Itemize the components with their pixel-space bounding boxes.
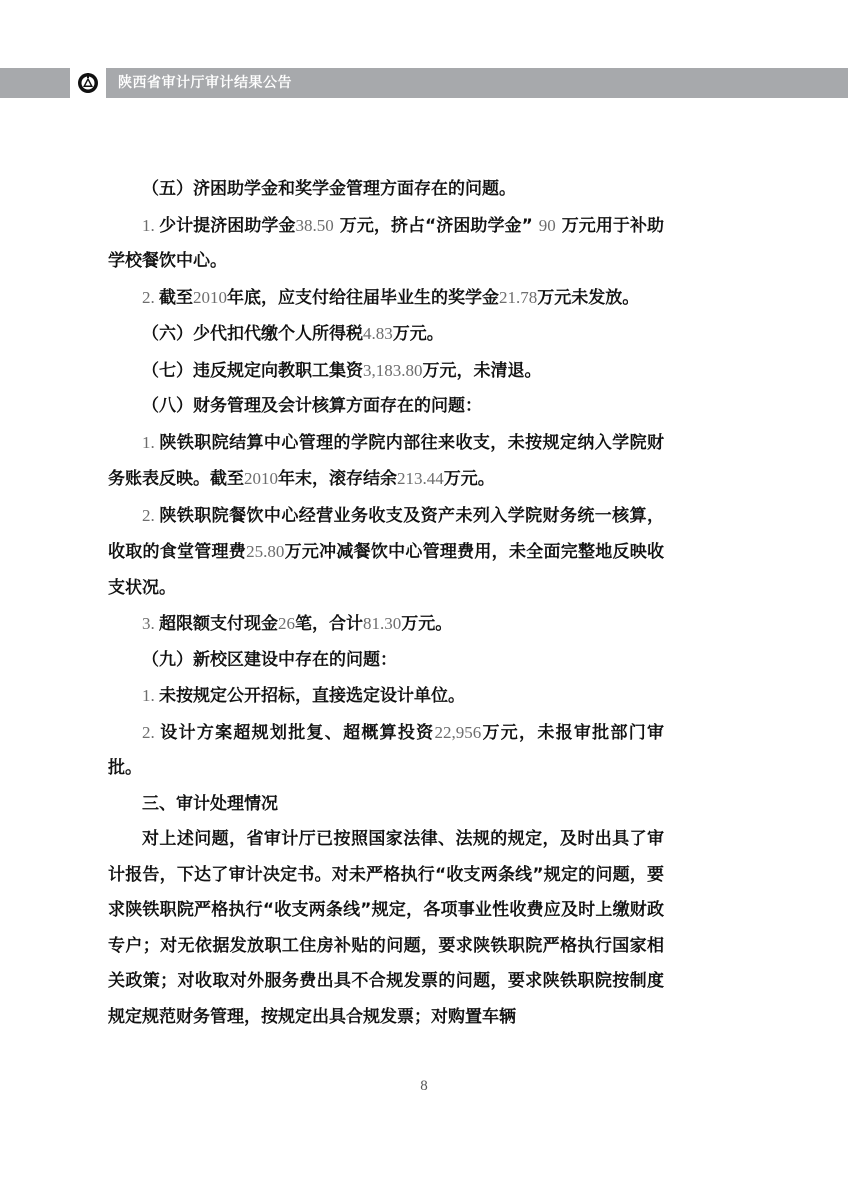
- paragraph-8-2: 2. 陕铁职院餐饮中心经营业务收支及资产未列入学院财务统一核算，收取的食堂管理费…: [108, 498, 664, 607]
- audit-emblem-icon: [77, 72, 99, 94]
- paragraph-9-2: 2. 设计方案超规划批复、超概算投资22,956万元，未报审批部门审批。: [108, 715, 664, 787]
- section-heading-8: （八）财务管理及会计核算方面存在的问题：: [108, 389, 664, 425]
- header-left-band: [0, 68, 70, 98]
- paragraph-8-1: 1. 陕铁职院结算中心管理的学院内部往来收支，未按规定纳入学院财务账表反映。截至…: [108, 425, 664, 498]
- page-number: 8: [0, 1078, 848, 1095]
- paragraph-9-1: 1. 未按规定公开招标，直接选定设计单位。: [108, 678, 664, 715]
- document-body: （五）济困助学金和奖学金管理方面存在的问题。 1. 少计提济困助学金38.50 …: [108, 172, 664, 1035]
- section-heading-6: （六）少代扣代缴个人所得税4.83万元。: [108, 316, 664, 353]
- section-heading-5: （五）济困助学金和奖学金管理方面存在的问题。: [108, 172, 664, 208]
- paragraph-8-3: 3. 超限额支付现金26笔，合计81.30万元。: [108, 606, 664, 643]
- paragraph-audit-handling: 对上述问题，省审计厅已按照国家法律、法规的规定，及时出具了审计报告，下达了审计决…: [108, 822, 664, 1035]
- section-heading-7: （七）违反规定向教职工集资3,183.80万元，未清退。: [108, 353, 664, 390]
- paragraph-5-1: 1. 少计提济困助学金38.50 万元，挤占“济困助学金” 90 万元用于补助学…: [108, 208, 664, 280]
- paragraph-5-2: 2. 截至2010年底，应支付给往届毕业生的奖学金21.78万元未发放。: [108, 280, 664, 317]
- section-heading-9: （九）新校区建设中存在的问题：: [108, 643, 664, 679]
- header-bar: 陕西省审计厅审计结果公告: [0, 68, 848, 98]
- section-heading-3: 三、审计处理情况: [108, 787, 664, 823]
- header-title: 陕西省审计厅审计结果公告: [118, 73, 292, 93]
